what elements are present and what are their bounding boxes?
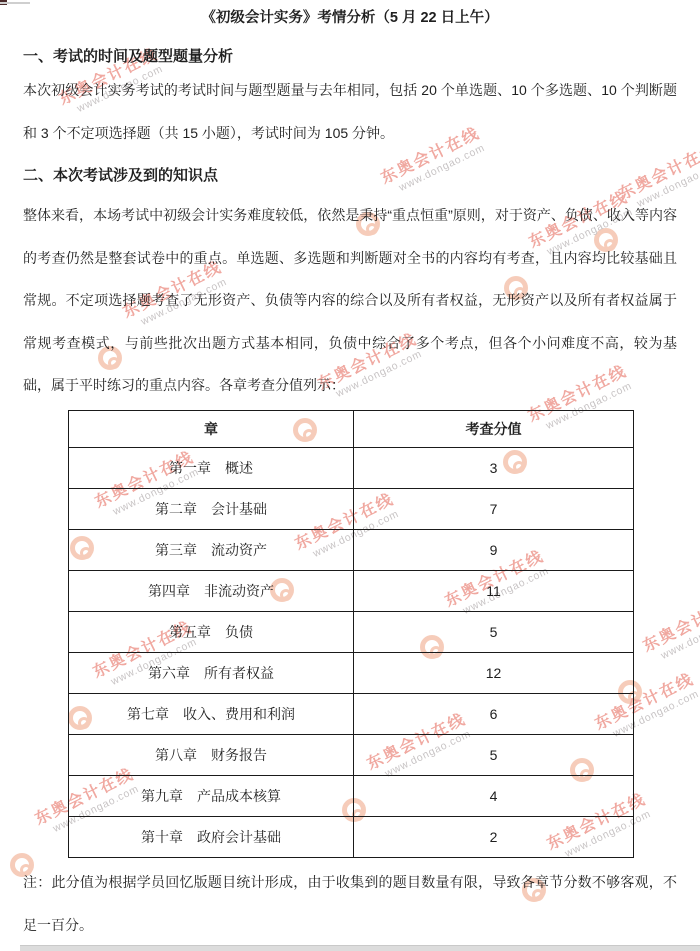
document-content: 《初级会计实务》考情分析（5 月 22 日上午） 一、考试的时间及题型题量分析 …	[0, 0, 700, 947]
score-cell: 5	[354, 734, 634, 775]
score-cell: 11	[354, 570, 634, 611]
chapter-cell: 第一章 概述	[69, 447, 354, 488]
note-text: 注：此分值为根据学员回忆版题目统计形成，由于收集到的题目数量有限，导致各章节分数…	[23, 861, 677, 947]
score-cell: 3	[354, 447, 634, 488]
chapter-cell: 第七章 收入、费用和利润	[69, 693, 354, 734]
table-row: 第八章 财务报告 5	[69, 734, 634, 775]
table-header-row: 章 考查分值	[69, 410, 634, 447]
score-cell: 12	[354, 652, 634, 693]
chapter-cell: 第二章 会计基础	[69, 488, 354, 529]
chapter-cell: 第四章 非流动资产	[69, 570, 354, 611]
table-row: 第九章 产品成本核算 4	[69, 775, 634, 816]
column-header-chapter: 章	[69, 410, 354, 447]
column-header-score: 考查分值	[354, 410, 634, 447]
section-2-paragraph: 整体来看，本场考试中初级会计实务难度较低，依然是秉持“重点恒重”原则，对于资产、…	[23, 194, 677, 407]
section-1-paragraph: 本次初级会计实务考试的考试时间与题型题量与去年相同，包括 20 个单选题、10 …	[23, 69, 677, 155]
score-cell: 9	[354, 529, 634, 570]
table-row: 第六章 所有者权益 12	[69, 652, 634, 693]
chapter-cell: 第九章 产品成本核算	[69, 775, 354, 816]
chapter-cell: 第十章 政府会计基础	[69, 816, 354, 857]
table-row: 第七章 收入、费用和利润 6	[69, 693, 634, 734]
page-title: 《初级会计实务》考情分析（5 月 22 日上午）	[23, 0, 677, 36]
chapter-cell: 第五章 负债	[69, 611, 354, 652]
score-cell: 2	[354, 816, 634, 857]
table-row: 第五章 负债 5	[69, 611, 634, 652]
score-cell: 4	[354, 775, 634, 816]
table-row: 第一章 概述 3	[69, 447, 634, 488]
score-cell: 7	[354, 488, 634, 529]
table-row: 第二章 会计基础 7	[69, 488, 634, 529]
score-table: 章 考查分值 第一章 概述 3 第二章 会计基础 7 第三章 流动资产 9 第四…	[68, 410, 634, 858]
table-row: 第十章 政府会计基础 2	[69, 816, 634, 857]
bottom-window-edge	[20, 945, 700, 951]
section-2-heading: 二、本次考试涉及到的知识点	[23, 155, 677, 197]
document-page: 东奥会计在线www.dongao.com 东奥会计在线www.dongao.co…	[0, 0, 700, 951]
score-cell: 6	[354, 693, 634, 734]
score-cell: 5	[354, 611, 634, 652]
top-edge-line	[0, 2, 30, 4]
table-row: 第四章 非流动资产 11	[69, 570, 634, 611]
table-row: 第三章 流动资产 9	[69, 529, 634, 570]
chapter-cell: 第六章 所有者权益	[69, 652, 354, 693]
chapter-cell: 第八章 财务报告	[69, 734, 354, 775]
chapter-cell: 第三章 流动资产	[69, 529, 354, 570]
